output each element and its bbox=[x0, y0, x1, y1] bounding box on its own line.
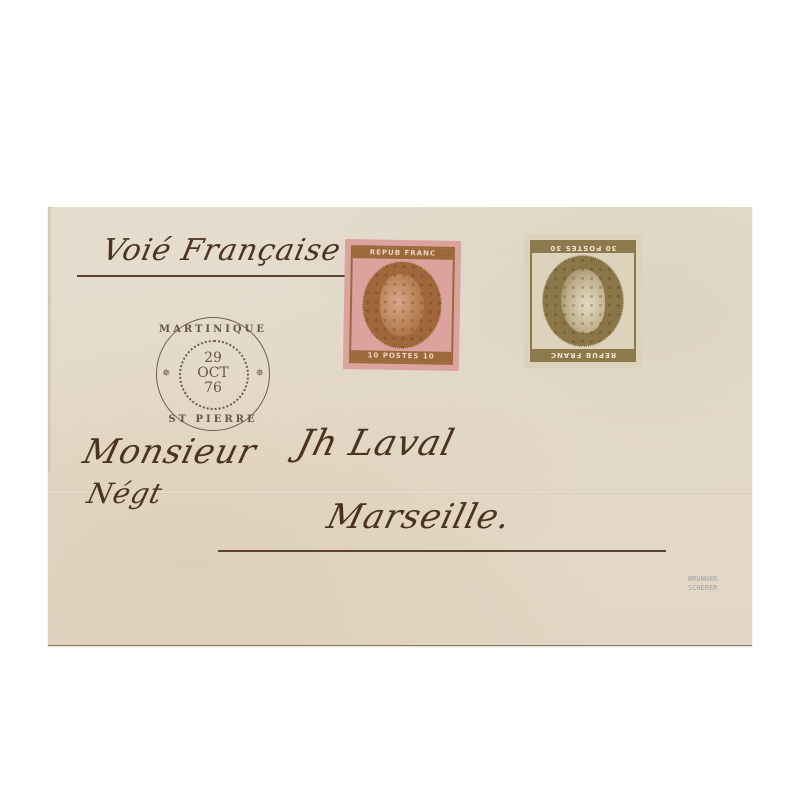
city-underline bbox=[218, 550, 666, 552]
routing-note: Voié Française bbox=[99, 233, 344, 268]
postmark-town: ST PIERRE bbox=[157, 414, 269, 425]
stamp-bottom-label: 10 POSTES 10 bbox=[351, 350, 451, 363]
expert-signature-mark: BRUNNER SCHERER bbox=[688, 575, 718, 593]
expert-mark-line2: SCHERER bbox=[688, 584, 718, 593]
postmark-day: 29 bbox=[157, 351, 269, 366]
stamp-30c-inverted: REPUB FRANC 30 POSTES 30 bbox=[524, 234, 642, 368]
stamp-top-label: REPUB FRANC bbox=[353, 247, 453, 260]
stamp-top-label: REPUB FRANC bbox=[532, 349, 634, 360]
datestamp-postmark: MARTINIQUE ✵ ✵ 29 OCT 76 ST PIERRE bbox=[156, 317, 270, 431]
stamp-bottom-label: 30 POSTES 30 bbox=[532, 242, 634, 253]
postmark-month: OCT bbox=[157, 366, 269, 381]
postmark-date: 29 OCT 76 bbox=[157, 351, 269, 396]
postal-cover: Voié Française REPUB FRANC 10 POSTES 10 … bbox=[48, 207, 752, 645]
address-title: Monsieur bbox=[79, 432, 261, 472]
postmark-origin: MARTINIQUE bbox=[157, 324, 269, 335]
ceres-medallion bbox=[361, 260, 443, 349]
lozenge-cancel bbox=[543, 256, 623, 346]
lozenge-cancel bbox=[362, 261, 441, 348]
stamp-frame: REPUB FRANC 30 POSTES 30 bbox=[530, 240, 636, 362]
address-city: Marseille. bbox=[323, 497, 515, 537]
stamp-frame: REPUB FRANC 10 POSTES 10 bbox=[349, 245, 455, 365]
routing-underline bbox=[77, 275, 355, 277]
address-name: Jh Laval bbox=[293, 423, 459, 464]
address-profession: Négt bbox=[84, 477, 166, 510]
stamp-10c: REPUB FRANC 10 POSTES 10 bbox=[343, 239, 461, 371]
expert-mark-line1: BRUNNER bbox=[688, 575, 718, 584]
postmark-year: 76 bbox=[157, 381, 269, 396]
left-fold-edge bbox=[48, 207, 52, 472]
ceres-medallion bbox=[542, 255, 624, 347]
